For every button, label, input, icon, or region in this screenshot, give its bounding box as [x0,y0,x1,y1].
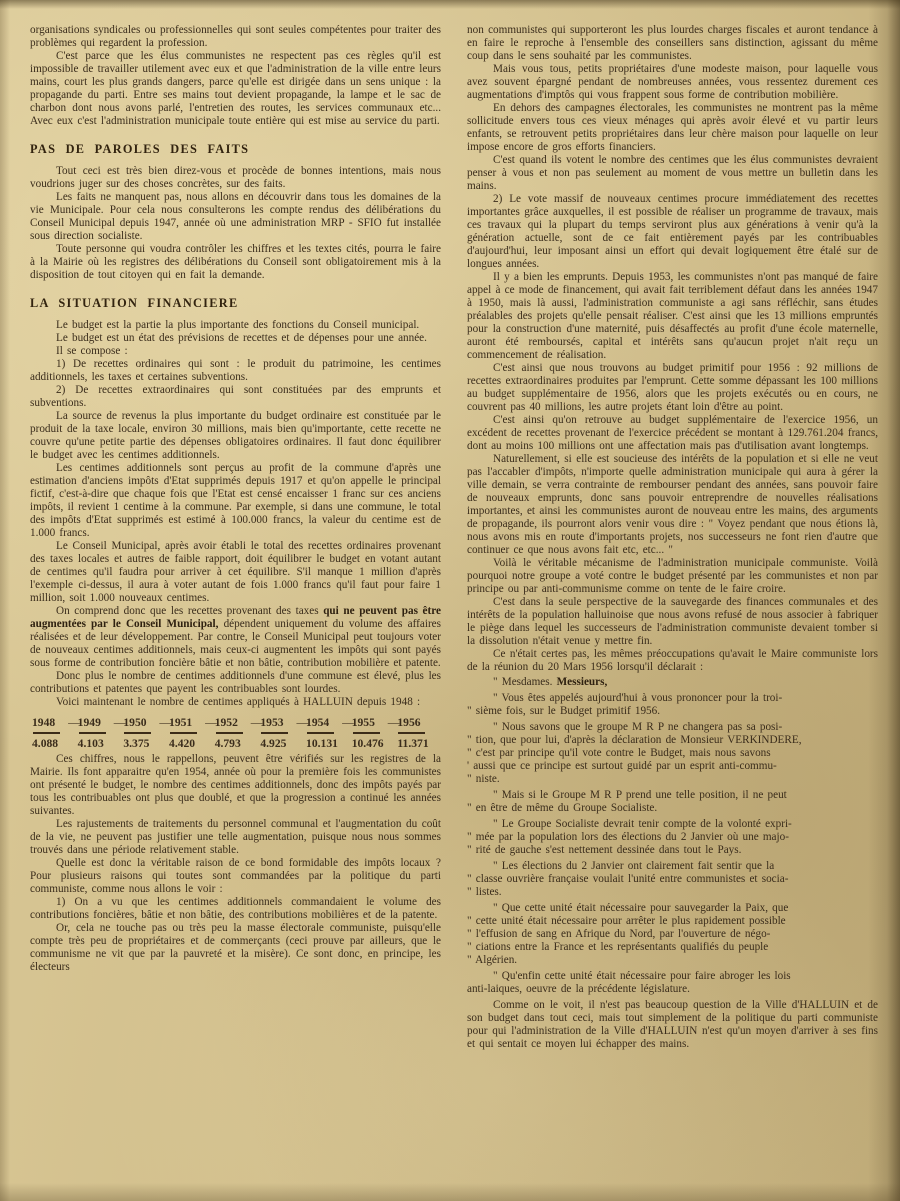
list-item-raison-1: 1) On a vu que les centimes additionnels… [30,896,441,922]
paragraph: Voici maintenant le nombre de centimes a… [30,696,441,709]
year-underline [170,732,197,734]
year-underline [33,732,60,734]
paragraph: Le Conseil Municipal, après avoir établi… [30,540,441,605]
paragraph: La source de revenus la plus importante … [30,410,441,462]
quote-paragraph: " Vous êtes appelés aujourd'hui à vous p… [467,692,878,718]
paragraph: C'est ainsi qu'on retrouve au budget sup… [467,414,878,453]
quote-paragraph: " Mais si le Groupe M R P prend une tell… [467,789,878,815]
paragraph: Les centimes additionnels sont perçus au… [30,462,441,540]
year-underline [216,732,243,734]
paragraph: organisations syndicales ou professionne… [30,24,441,50]
section-heading-pas-de-paroles: PAS DE PAROLES DES FAITS [30,143,441,156]
list-item-recettes-ordinaires: 1) De recettes ordinaires qui sont : le … [30,358,441,384]
paragraph: Naturellement, si elle est soucieuse des… [467,453,878,557]
paragraph: C'est dans la seule perspective de la sa… [467,596,878,648]
quote-paragraph: " Qu'enfin cette unité était nécessaire … [467,970,878,996]
table-value: 4.103 [78,737,122,750]
table-value: 10.131 [306,737,350,750]
bold-emphasis: Messieurs, [557,676,608,688]
table-column: 1956 11.371 [395,716,441,750]
table-year: 1954— [306,716,350,729]
paragraph: Il se compose : [30,345,441,358]
quote-text: " Mesdames. [493,676,557,688]
table-column: 1952— 4.793 [213,716,259,750]
table-value: 11.371 [397,737,441,750]
paragraph: Toute personne qui voudra contrôler les … [30,243,441,282]
year-underline [353,732,380,734]
paragraph: Ces chiffres, nous le rappellons, peuven… [30,753,441,818]
section-heading-situation-financiere: LA SITUATION FINANCIERE [30,297,441,310]
year-underline [79,732,106,734]
table-column: 1953— 4.925 [258,716,304,750]
table-column: 1950— 3.375 [121,716,167,750]
quote-paragraph: " Que cette unité était nécessaire pour … [467,902,878,967]
paragraph: non communistes qui supporteront les plu… [467,24,878,63]
table-year: 1955— [352,716,396,729]
paragraph: C'est quand ils votent le nombre des cen… [467,154,878,193]
paragraph: Quelle est donc la véritable raison de c… [30,857,441,896]
table-column: 1951— 4.420 [167,716,213,750]
table-value: 4.088 [32,737,76,750]
table-value: 3.375 [123,737,167,750]
table-column: 1949— 4.103 [76,716,122,750]
paragraph: Comme on le voit, il n'est pas beaucoup … [467,999,878,1051]
paragraph: Donc plus le nombre de centimes addition… [30,670,441,696]
pamphlet-page: organisations syndicales ou professionne… [0,0,900,1201]
table-value: 4.793 [215,737,259,750]
left-column: organisations syndicales ou professionne… [30,24,441,1051]
list-item-recettes-extraordinaires: 2) De recettes extraordinaires qui sont … [30,384,441,410]
paragraph: Mais vous tous, petits propriétaires d'u… [467,63,878,102]
year-underline [124,732,151,734]
quote-paragraph: " Le Groupe Socialiste devrait tenir com… [467,818,878,857]
right-column: non communistes qui supporteront les plu… [467,24,878,1051]
table-year: 1956 [397,716,441,729]
table-column: 1954— 10.131 [304,716,350,750]
two-column-layout: organisations syndicales ou professionne… [30,24,878,1051]
paragraph: Le budget est un état des prévisions de … [30,332,441,345]
table-year: 1953— [260,716,304,729]
paragraph: Les faits ne manquent pas, nous allons e… [30,191,441,243]
quote-paragraph: " Nous savons que le groupe M R P ne cha… [467,721,878,786]
paragraph: C'est parce que les élus communistes ne … [30,50,441,128]
table-year: 1948— [32,716,76,729]
paragraph: Voilà le véritable mécanisme de l'admini… [467,557,878,596]
paragraph: Le budget est la partie la plus importan… [30,319,441,332]
quote-salutation: " Mesdames. Messieurs, [467,676,878,689]
table-column: 1955— 10.476 [350,716,396,750]
paragraph: On comprend donc que les recettes proven… [30,605,441,670]
table-year: 1950— [123,716,167,729]
list-item-raison-2: 2) Le vote massif de nouveaux centimes p… [467,193,878,271]
quote-paragraph: " Les élections du 2 Janvier ont clairem… [467,860,878,899]
table-value: 4.420 [169,737,213,750]
table-year: 1949— [78,716,122,729]
year-underline [261,732,288,734]
year-underline [307,732,334,734]
table-year: 1952— [215,716,259,729]
centimes-table: 1948— 4.088 1949— 4.103 1950— 3.375 1951… [30,716,441,750]
year-underline [398,732,425,734]
table-column: 1948— 4.088 [30,716,76,750]
table-value: 10.476 [352,737,396,750]
paragraph: Tout ceci est très bien direz-vous et pr… [30,165,441,191]
paragraph-text: On comprend donc que les recettes proven… [56,605,323,617]
paragraph: Il y a bien les emprunts. Depuis 1953, l… [467,271,878,362]
paragraph: Ce n'était certes pas, les mêmes préoccu… [467,648,878,674]
table-value: 4.925 [260,737,304,750]
table-year: 1951— [169,716,213,729]
paragraph: En dehors des campagnes électorales, les… [467,102,878,154]
paragraph: C'est ainsi que nous trouvons au budget … [467,362,878,414]
paragraph: Les rajustements de traitements du perso… [30,818,441,857]
paragraph: Or, cela ne touche pas ou très peu la ma… [30,922,441,974]
